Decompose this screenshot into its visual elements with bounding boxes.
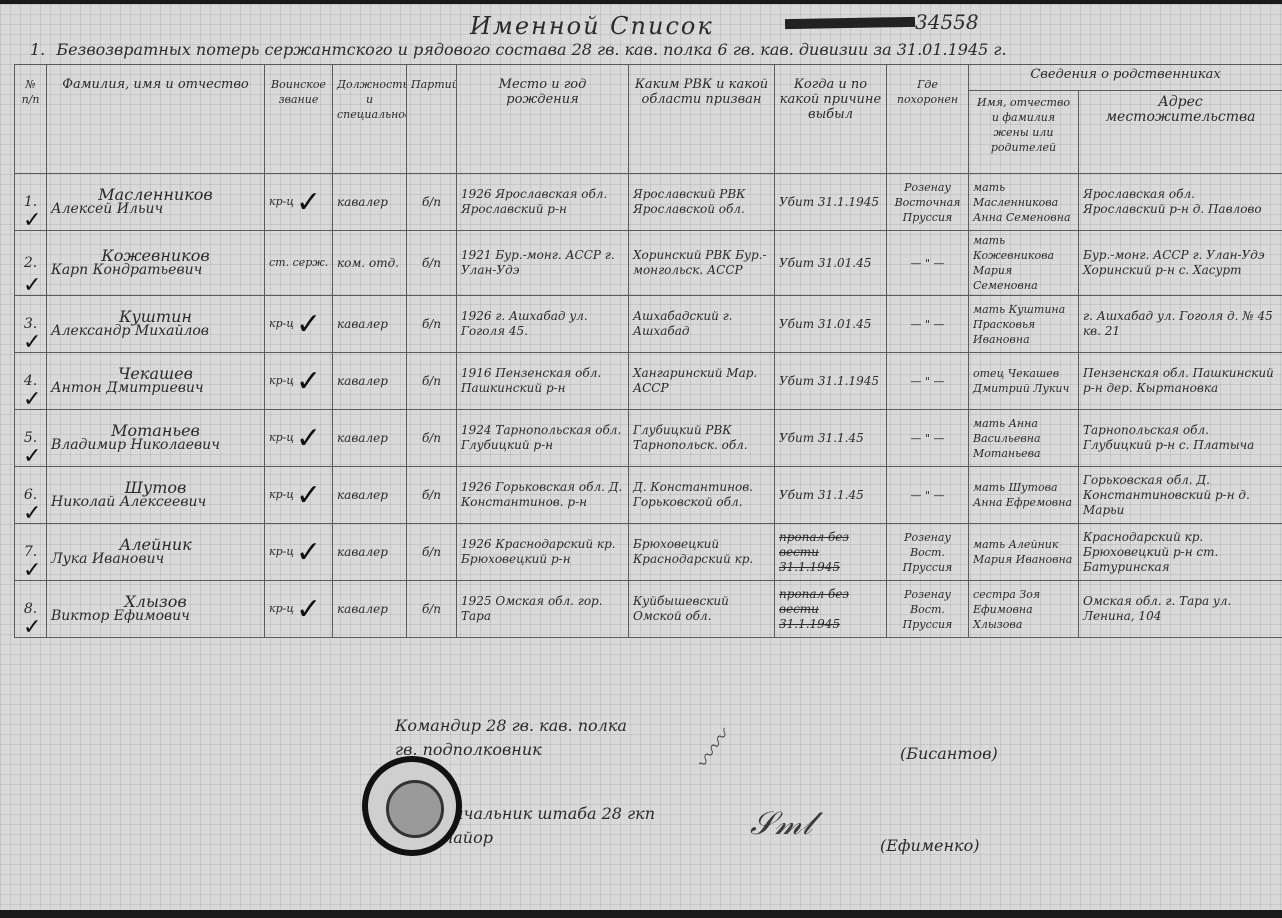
first-name: Владимир Николаевич: [51, 438, 260, 453]
header-buried: Где похоронен: [887, 65, 969, 174]
name-cell: МотаньевВладимир Николаевич: [47, 410, 265, 467]
relative-cell: мать Анна Васильевна Мотаньева: [969, 410, 1079, 467]
buried-cell: — " —: [887, 410, 969, 467]
header-drafted: Каким РВК и какой области призван: [629, 65, 775, 174]
party-cell: б/п: [407, 353, 457, 410]
buried-cell: — " —: [887, 296, 969, 353]
checkmark-icon: ✓: [23, 213, 41, 228]
position-cell: кавалер: [333, 581, 407, 638]
row-number: 4.✓: [15, 353, 47, 410]
rank-cell: кр-ц✓: [265, 174, 333, 231]
relative-cell: отец Чекашев Дмитрий Лукич: [969, 353, 1079, 410]
rank-cell: ст. серж.✓: [265, 231, 333, 296]
chief-signature: 𝒮𝓂𝓁: [750, 804, 813, 843]
header-position: Должность и специальность: [333, 65, 407, 174]
party-cell: б/п: [407, 524, 457, 581]
redaction-stamp: [785, 17, 915, 29]
last-name: Шутов: [51, 480, 260, 495]
header-relatives-group: Сведения о родственниках: [969, 65, 1282, 91]
casualty-table: № п/п Фамилия, имя и отчество Воинское з…: [14, 64, 1282, 638]
party-cell: б/п: [407, 296, 457, 353]
last-name: Чекашев: [51, 366, 260, 381]
address-cell: Омская обл. г. Тара ул. Ленина, 104: [1079, 581, 1282, 638]
name-cell: ШутовНиколай Алексеевич: [47, 467, 265, 524]
rank-cell: кр-ц✓: [265, 410, 333, 467]
first-name: Виктор Ефимович: [51, 609, 260, 624]
last-name: Алейник: [51, 537, 260, 552]
first-name: Карп Кондратьевич: [51, 263, 260, 278]
row-number: 3.✓: [15, 296, 47, 353]
subtitle-text: Безвозвратных потерь сержантского и рядо…: [56, 40, 1006, 59]
drafted-cell: Хоринский РВК Бур.-монгольск. АССР: [629, 231, 775, 296]
buried-cell: Розенау Вост. Пруссия: [887, 524, 969, 581]
table-row: 5.✓ МотаньевВладимир Николаевич кр-ц✓ ка…: [15, 410, 1282, 467]
buried-cell: — " —: [887, 353, 969, 410]
document-subtitle: 1. Безвозвратных потерь сержантского и р…: [30, 40, 1270, 59]
address-cell: Горьковская обл. Д. Константиновский р-н…: [1079, 467, 1282, 524]
header-num: № п/п: [15, 65, 47, 174]
table-row: 3.✓ КуштинАлександр Михайлов кр-ц✓ кавал…: [15, 296, 1282, 353]
buried-cell: Розенау Восточная Пруссия: [887, 174, 969, 231]
row-number: 5.✓: [15, 410, 47, 467]
when-left-cell: Убит 31.1.1945: [775, 353, 887, 410]
seal-emblem-icon: [386, 780, 444, 838]
name-cell: КуштинАлександр Михайлов: [47, 296, 265, 353]
archive-number: 34558: [915, 10, 979, 34]
relative-cell: мать Масленникова Анна Семеновна: [969, 174, 1079, 231]
commander-title: Командир 28 гв. кав. полка: [395, 716, 627, 735]
rank-cell: кр-ц✓: [265, 581, 333, 638]
birth-cell: 1926 Горьковская обл. Д. Константинов. р…: [457, 467, 629, 524]
drafted-cell: Д. Константинов. Горьковской обл.: [629, 467, 775, 524]
header-when-left: Когда и по какой причине выбыл: [775, 65, 887, 174]
address-cell: Бур.-монг. АССР г. Улан-Удэ Хоринский р-…: [1079, 231, 1282, 296]
when-left-cell: Убит 31.01.45: [775, 231, 887, 296]
position-cell: кавалер: [333, 410, 407, 467]
when-left-cell: Убит 31.1.1945: [775, 174, 887, 231]
party-cell: б/п: [407, 581, 457, 638]
position-cell: кавалер: [333, 174, 407, 231]
subtitle-number: 1.: [30, 40, 45, 59]
rank-cell: кр-ц✓: [265, 467, 333, 524]
header-name: Фамилия, имя и отчество: [47, 65, 265, 174]
when-left-cell: Убит 31.1.45: [775, 467, 887, 524]
first-name: Антон Дмитриевич: [51, 381, 260, 396]
commander-name: (Бисантов): [900, 744, 998, 763]
party-cell: б/п: [407, 231, 457, 296]
header-birth: Место и год рождения: [457, 65, 629, 174]
header-rank: Воинское звание: [265, 65, 333, 174]
name-cell: АлейникЛука Иванович: [47, 524, 265, 581]
when-left-cell: Убит 31.01.45: [775, 296, 887, 353]
name-cell: ЧекашевАнтон Дмитриевич: [47, 353, 265, 410]
party-cell: б/п: [407, 410, 457, 467]
checkmark-icon: ✓: [23, 620, 41, 635]
row-number: 1.✓: [15, 174, 47, 231]
checkmark-icon: ✓: [296, 185, 321, 220]
drafted-cell: Ярославский РВК Ярославской обл.: [629, 174, 775, 231]
address-cell: Краснодарский кр. Брюховецкий р-н ст. Ба…: [1079, 524, 1282, 581]
document-title: Именной Список: [470, 12, 714, 40]
birth-cell: 1926 г. Ашхабад ул. Гоголя 45.: [457, 296, 629, 353]
when-left-cell: Убит 31.1.45: [775, 410, 887, 467]
buried-cell: Розенау Вост. Пруссия: [887, 581, 969, 638]
relative-cell: сестра Зоя Ефимовна Хлызова: [969, 581, 1079, 638]
last-name: Кожевников: [51, 248, 260, 263]
relative-cell: мать Шутова Анна Ефремовна: [969, 467, 1079, 524]
when-left-cell: пропал без вести 31.1.1945: [775, 524, 887, 581]
table-row: 4.✓ ЧекашевАнтон Дмитриевич кр-ц✓ кавале…: [15, 353, 1282, 410]
position-cell: кавалер: [333, 353, 407, 410]
chief-name: (Ефименко): [880, 836, 979, 855]
table-row: 6.✓ ШутовНиколай Алексеевич кр-ц✓ кавале…: [15, 467, 1282, 524]
checkmark-icon: ✓: [296, 535, 321, 570]
checkmark-icon: ✓: [23, 278, 41, 293]
birth-cell: 1926 Ярославская обл. Ярославский р-н: [457, 174, 629, 231]
checkmark-icon: ✓: [296, 592, 321, 627]
name-cell: КожевниковКарп Кондратьевич: [47, 231, 265, 296]
checkmark-icon: ✓: [23, 392, 41, 407]
table-row: 7.✓ АлейникЛука Иванович кр-ц✓ кавалер б…: [15, 524, 1282, 581]
drafted-cell: Хангаринский Мар. АССР: [629, 353, 775, 410]
address-cell: Пензенская обл. Пашкинский р-н дер. Кырт…: [1079, 353, 1282, 410]
birth-cell: 1916 Пензенская обл. Пашкинский р-н: [457, 353, 629, 410]
header-row: № п/п Фамилия, имя и отчество Воинское з…: [15, 65, 1282, 91]
rank-cell: кр-ц✓: [265, 296, 333, 353]
birth-cell: 1926 Краснодарский кр. Брюховецкий р-н: [457, 524, 629, 581]
official-seal: [362, 756, 462, 856]
checkmark-icon: ✓: [23, 506, 41, 521]
party-cell: б/п: [407, 174, 457, 231]
position-cell: кавалер: [333, 524, 407, 581]
commander-signature: 〰〰: [687, 723, 738, 777]
row-number: 7.✓: [15, 524, 47, 581]
checkmark-icon: ✓: [23, 335, 41, 350]
address-cell: Тарнопольская обл. Глубицкий р-н с. Плат…: [1079, 410, 1282, 467]
position-cell: ком. отд.: [333, 231, 407, 296]
row-number: 2.✓: [15, 231, 47, 296]
first-name: Николай Алексеевич: [51, 495, 260, 510]
birth-cell: 1921 Бур.-монг. АССР г. Улан-Удэ: [457, 231, 629, 296]
row-number: 6.✓: [15, 467, 47, 524]
drafted-cell: Глубицкий РВК Тарнопольск. обл.: [629, 410, 775, 467]
checkmark-icon: ✓: [23, 449, 41, 464]
checkmark-icon: ✓: [296, 364, 321, 399]
checkmark-icon: ✓: [296, 307, 321, 342]
checkmark-icon: ✓: [296, 478, 321, 513]
table-row: 2.✓ КожевниковКарп Кондратьевич ст. серж…: [15, 231, 1282, 296]
buried-cell: — " —: [887, 231, 969, 296]
drafted-cell: Куйбышевский Омской обл.: [629, 581, 775, 638]
header-party: Партийность: [407, 65, 457, 174]
last-name: Масленников: [51, 187, 260, 202]
birth-cell: 1925 Омская обл. гор. Тара: [457, 581, 629, 638]
first-name: Алексей Ильич: [51, 202, 260, 217]
table-row: 8.✓ ХлызовВиктор Ефимович кр-ц✓ кавалер …: [15, 581, 1282, 638]
address-cell: г. Ашхабад ул. Гоголя д. № 45 кв. 21: [1079, 296, 1282, 353]
table-row: 1.✓ МасленниковАлексей Ильич кр-ц✓ кавал…: [15, 174, 1282, 231]
last-name: Хлызов: [51, 594, 260, 609]
relative-cell: мать Куштина Прасковья Ивановна: [969, 296, 1079, 353]
address-cell: Ярославская обл. Ярославский р-н д. Павл…: [1079, 174, 1282, 231]
document-sheet: Именной Список 34558 1. Безвозвратных по…: [0, 4, 1282, 910]
header-address: Адрес местожительства: [1079, 90, 1282, 173]
drafted-cell: Брюховецкий Краснодарский кр.: [629, 524, 775, 581]
checkmark-icon: ✓: [296, 421, 321, 456]
relative-cell: мать Алейник Мария Ивановна: [969, 524, 1079, 581]
checkmark-icon: ✓: [23, 563, 41, 578]
name-cell: МасленниковАлексей Ильич: [47, 174, 265, 231]
when-left-cell: пропал без вести 31.1.1945: [775, 581, 887, 638]
last-name: Мотаньев: [51, 423, 260, 438]
first-name: Александр Михайлов: [51, 324, 260, 339]
relative-cell: мать Кожевникова Мария Семеновна: [969, 231, 1079, 296]
chief-title: Начальник штаба 28 гкп: [440, 804, 655, 823]
first-name: Лука Иванович: [51, 552, 260, 567]
row-number: 8.✓: [15, 581, 47, 638]
position-cell: кавалер: [333, 467, 407, 524]
rank-cell: кр-ц✓: [265, 524, 333, 581]
rank-cell: кр-ц✓: [265, 353, 333, 410]
header-relative-name: Имя, отчество и фамилия жены или родител…: [969, 90, 1079, 173]
last-name: Куштин: [51, 309, 260, 324]
name-cell: ХлызовВиктор Ефимович: [47, 581, 265, 638]
drafted-cell: Ашхабадский г. Ашхабад: [629, 296, 775, 353]
party-cell: б/п: [407, 467, 457, 524]
birth-cell: 1924 Тарнопольская обл. Глубицкий р-н: [457, 410, 629, 467]
buried-cell: — " —: [887, 467, 969, 524]
position-cell: кавалер: [333, 296, 407, 353]
